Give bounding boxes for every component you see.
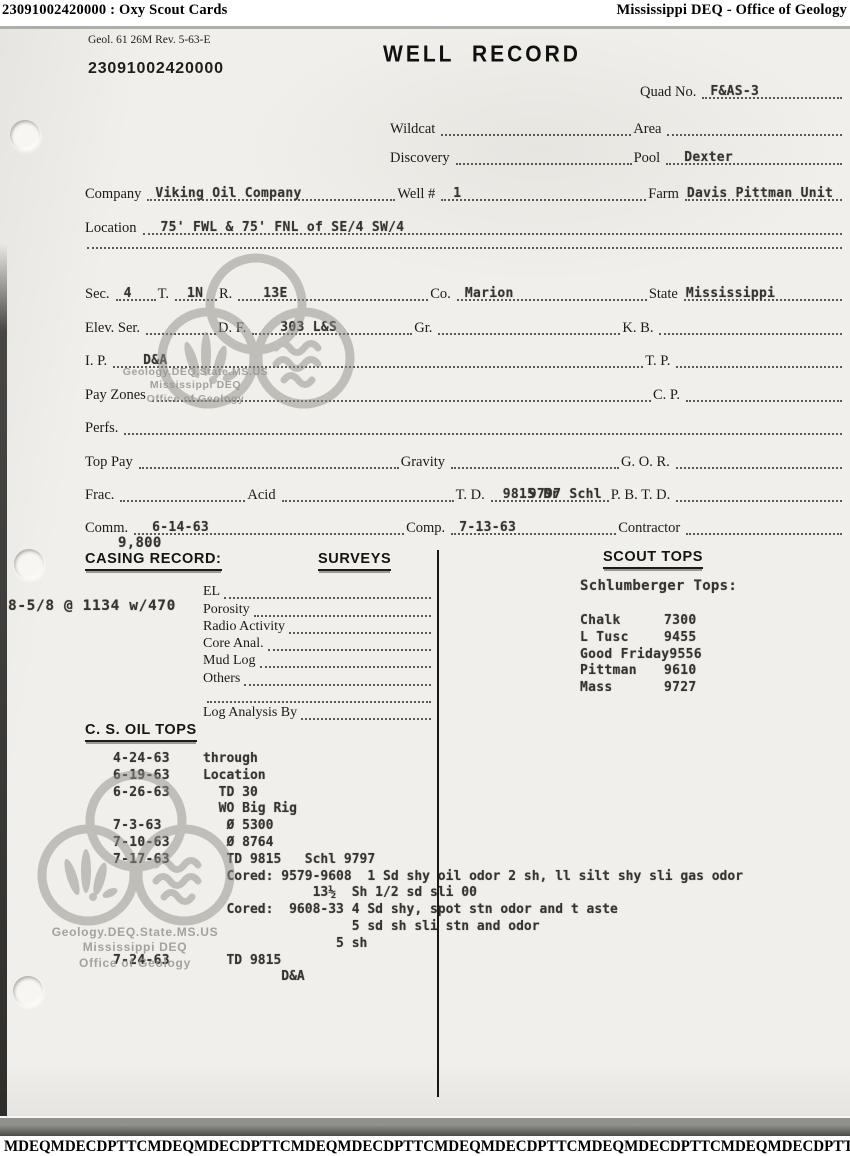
quad-label: Quad No.	[640, 85, 700, 100]
state-line: Mississippi	[684, 284, 842, 301]
footer-tag: MDEQ	[4, 1139, 51, 1156]
oil-tops-row: 7-24-63 TD 9815	[113, 953, 743, 970]
td-value: 9797 Schl	[529, 487, 602, 502]
footer-tag: PTTC	[394, 1139, 434, 1156]
footer-tag: PTTC	[251, 1139, 291, 1156]
top-name: Good Friday	[580, 647, 669, 664]
pool-label: Pool	[634, 151, 665, 166]
field-row-toppay-gravity-gor: Top Pay Gravity G. O. R.	[85, 451, 844, 469]
survey-item-log-analysis-by: Log Analysis By	[203, 703, 431, 720]
cp-label: C. P.	[653, 388, 684, 403]
survey-item-core-anal: Core Anal.	[203, 634, 431, 651]
df-line: 303 L&S	[252, 318, 412, 335]
survey-item-mud-log: Mud Log	[203, 651, 431, 668]
footer-tag: PTTC	[537, 1139, 577, 1156]
pbtd-line	[676, 485, 842, 502]
footer-tag: MDECD	[481, 1139, 538, 1156]
scanned-well-record-page: Geology.DEQ.State.MS.US Mississippi DEQ …	[0, 26, 850, 1116]
top-name: L Tusc	[580, 630, 664, 647]
survey-line	[207, 688, 431, 703]
field-row-ip-tp: I. P. D&A T. P.	[85, 350, 844, 368]
top-depth: 9455	[664, 630, 697, 647]
oil-tops-row: 7-17-63 TD 9815 Schl 9797	[113, 852, 743, 869]
entry-date: 6-26-63	[113, 785, 203, 802]
footer-tag: MDEQ	[147, 1139, 194, 1156]
watermark-url: Geology.DEQ.State.MS.US	[103, 366, 288, 379]
comm-line: 6-14-63	[134, 518, 404, 535]
county-line: Marion	[457, 284, 647, 301]
oil-tops-row: 4-24-63through	[113, 751, 743, 768]
survey-item-blank	[203, 686, 431, 703]
entry-date	[113, 902, 203, 919]
casing-margin-note: 8-5/8 @ 1134 w/470	[8, 598, 176, 614]
entry-date	[113, 801, 203, 818]
survey-label: Radio Activity	[203, 620, 289, 634]
contractor-line	[686, 518, 842, 535]
county-label: Co.	[430, 287, 455, 302]
frac-label: Frac.	[85, 488, 118, 503]
comm-value: 6-14-63	[152, 520, 209, 535]
casing-record-heading: CASING RECORD:	[85, 551, 222, 571]
cs-oil-tops-log: 4-24-63through 6-19-63Location 6-26-63 T…	[113, 751, 743, 986]
state-label: State	[649, 287, 682, 302]
df-label: D. F.	[218, 321, 250, 336]
entry-date: 7-3-63	[113, 818, 203, 835]
entry-date	[113, 969, 203, 986]
survey-line	[224, 584, 431, 599]
survey-item-el: EL	[203, 582, 431, 599]
oil-tops-row: 5 sd sh sli stn and odor	[113, 919, 743, 936]
well-number-value: 1	[453, 186, 461, 201]
company-value: Viking Oil Company	[155, 186, 301, 201]
township-label: T.	[158, 287, 173, 302]
gravity-line	[451, 452, 619, 469]
well-number-line: 1	[441, 184, 646, 201]
field-row-company-well-farm: Company Viking Oil Company Well # 1 Farm…	[85, 183, 844, 201]
footer-tag: MDECD	[51, 1139, 108, 1156]
surveys-heading: SURVEYS	[318, 551, 391, 571]
gr-label: Gr.	[414, 321, 436, 336]
oil-tops-row: Cored: 9608-33 4 Sd shy, spot stn odor a…	[113, 902, 743, 919]
top-name: Mass	[580, 680, 664, 697]
entry-text: TD 9815	[203, 953, 281, 970]
pool-line: Dexter	[666, 148, 842, 165]
kb-line	[659, 318, 842, 335]
field-row-discovery-pool: Discovery Pool Dexter	[390, 147, 844, 165]
footer-tag: PTTC	[681, 1139, 721, 1156]
entry-date: 7-10-63	[113, 835, 203, 852]
cp-line	[686, 385, 842, 402]
entry-date	[113, 885, 203, 902]
entry-text: Ø 8764	[203, 835, 273, 852]
column-divider-line	[437, 550, 439, 1097]
entry-text: TD 9815 Schl 9797	[203, 852, 375, 869]
survey-item-porosity: Porosity	[203, 599, 431, 616]
sec-line: 4	[116, 284, 156, 301]
entry-date: 6-19-63	[113, 768, 203, 785]
top-depth: 7300	[664, 613, 697, 630]
company-label: Company	[85, 187, 145, 202]
schlumberger-tops-subheading: Schlumberger Tops:	[580, 578, 737, 594]
footer-tag: MDECD	[767, 1139, 824, 1156]
footer-tag: MDECD	[337, 1139, 394, 1156]
entry-text: 13½ Sh 1/2 sd sli 00	[203, 885, 477, 902]
entry-text: D&A	[203, 969, 305, 986]
pool-value: Dexter	[684, 150, 733, 165]
form-title: WELL RECORD	[383, 42, 581, 68]
footer-tag: MDECD	[624, 1139, 681, 1156]
quad-value: F&AS-3	[710, 84, 759, 99]
hole-punch-middle	[14, 549, 44, 579]
elev-ser-label: Elev. Ser.	[85, 321, 144, 336]
scout-top-row: Chalk7300	[580, 613, 737, 630]
entry-text: TD 30	[203, 785, 258, 802]
footer-tag: MDEQ	[291, 1139, 338, 1156]
well-number-label: Well #	[397, 187, 439, 202]
company-line: Viking Oil Company	[147, 184, 395, 201]
field-row-payzones-cp: Pay Zones C. P.	[85, 384, 844, 402]
comp-line: 7-13-63	[451, 518, 616, 535]
township-value: 1N	[187, 286, 203, 301]
field-row-quad: Quad No. F&AS-3	[640, 81, 844, 99]
viewer-footer-bar: MDEQ MDECD PTTC MDEQ MDECD PTTC MDEQ MDE…	[0, 1136, 850, 1156]
perfs-line	[124, 418, 842, 435]
surveys-list: EL Porosity Radio Activity Core Anal. Mu…	[203, 582, 431, 720]
wildcat-label: Wildcat	[390, 122, 439, 137]
field-row-frac-acid-td-pbtd: Frac. Acid T. D. 9815 Dr 9797 Schl P. B.…	[85, 484, 844, 502]
entry-text: 5 sh	[203, 936, 367, 953]
gravity-label: Gravity	[401, 455, 449, 470]
entry-date	[113, 869, 203, 886]
agency-title: Mississippi DEQ - Office of Geology	[616, 2, 847, 19]
survey-item-others: Others	[203, 668, 431, 685]
survey-label: Mud Log	[203, 654, 260, 668]
county-value: Marion	[465, 286, 514, 301]
entry-text: Location	[203, 768, 266, 785]
scout-top-row: Mass9727	[580, 680, 737, 697]
top-pay-line	[139, 452, 399, 469]
footer-tag: MDEQ	[577, 1139, 624, 1156]
td-label: T. D.	[456, 488, 489, 503]
entry-date: 7-17-63	[113, 852, 203, 869]
survey-line	[244, 671, 431, 686]
scan-bottom-edge	[0, 1116, 850, 1136]
field-row-perfs: Perfs.	[85, 417, 844, 435]
contractor-label: Contractor	[618, 521, 684, 536]
comm-label: Comm.	[85, 521, 132, 536]
survey-line	[268, 636, 431, 651]
area-line	[667, 119, 842, 136]
survey-line	[289, 619, 431, 634]
schlumberger-tops-block: Schlumberger Tops: Chalk7300 L Tusc9455 …	[580, 578, 737, 697]
survey-line	[254, 602, 431, 617]
oil-tops-row: D&A	[113, 969, 743, 986]
scout-top-row: Good Friday9556	[580, 647, 737, 664]
top-name: Pittman	[580, 663, 664, 680]
tp-label: T. P.	[645, 354, 674, 369]
pay-zones-line	[152, 385, 651, 402]
survey-line	[260, 653, 432, 668]
sec-label: Sec.	[85, 287, 114, 302]
range-label: R.	[219, 287, 236, 302]
cs-oil-tops-heading: C. S. OIL TOPS	[85, 722, 197, 742]
field-row-elev-df-gr-kb: Elev. Ser. D. F. 303 L&S Gr. K. B.	[85, 317, 844, 335]
top-depth: 9727	[664, 680, 697, 697]
footer-tag: MDEQ	[434, 1139, 481, 1156]
state-value: Mississippi	[686, 286, 775, 301]
wildcat-line	[441, 119, 631, 136]
blank-line	[87, 232, 842, 249]
kb-label: K. B.	[622, 321, 657, 336]
form-revision-note: Geol. 61 26M Rev. 5-63-E	[88, 34, 211, 46]
oil-tops-row: Cored: 9579-9608 1 Sd shy oil odor 2 sh,…	[113, 869, 743, 886]
api-well-number: 23091002420000	[88, 60, 224, 78]
gr-line	[438, 318, 620, 335]
survey-label: EL	[203, 585, 224, 599]
entry-date	[113, 936, 203, 953]
entry-date: 4-24-63	[113, 751, 203, 768]
discovery-line	[456, 148, 632, 165]
ip-line: D&A	[113, 351, 643, 368]
top-pay-label: Top Pay	[85, 455, 137, 470]
hole-punch-top	[10, 120, 40, 150]
acid-label: Acid	[247, 488, 279, 503]
ip-label: I. P.	[85, 354, 111, 369]
document-id-title: 23091002420000 : Oxy Scout Cards	[2, 2, 228, 19]
entry-text: 5 sd sh sli stn and odor	[203, 919, 540, 936]
perfs-label: Perfs.	[85, 421, 122, 436]
footer-tag: PTTC	[824, 1139, 850, 1156]
range-value: 13E	[263, 286, 287, 301]
survey-label: Log Analysis By	[203, 706, 301, 720]
entry-text: Ø 5300	[203, 818, 273, 835]
entry-date	[113, 919, 203, 936]
top-name: Chalk	[580, 613, 664, 630]
footer-tag: PTTC	[107, 1139, 147, 1156]
oil-tops-row: 7-3-63 Ø 5300	[113, 818, 743, 835]
viewer-top-bar: 23091002420000 : Oxy Scout Cards Mississ…	[0, 0, 850, 26]
township-line: 1N	[175, 284, 217, 301]
field-row-sec-t-r-co-state: Sec. 4 T. 1N R. 13E Co. Marion State Mis…	[85, 283, 844, 301]
td-line: 9815 Dr 9797 Schl	[491, 485, 609, 502]
comp-value: 7-13-63	[459, 520, 516, 535]
frac-line	[120, 485, 245, 502]
oil-tops-row: 7-10-63 Ø 8764	[113, 835, 743, 852]
acid-line	[282, 485, 454, 502]
df-value: 303 L&S	[280, 320, 337, 335]
oil-tops-row: 6-19-63Location	[113, 768, 743, 785]
discovery-label: Discovery	[390, 151, 454, 166]
survey-line	[301, 705, 431, 720]
footer-tag: MDECD	[194, 1139, 251, 1156]
hole-punch-bottom	[13, 976, 43, 1006]
oil-tops-row: 5 sh	[113, 936, 743, 953]
scout-tops-heading: SCOUT TOPS	[603, 549, 703, 569]
oil-tops-row: 6-26-63 TD 30	[113, 785, 743, 802]
footer-tag: MDEQ	[721, 1139, 768, 1156]
scout-tops-table: Chalk7300 L Tusc9455 Good Friday9556 Pit…	[580, 613, 737, 697]
top-depth: 9610	[664, 663, 697, 680]
casing-depth-note: 9,800	[118, 535, 162, 551]
scout-top-row: L Tusc9455	[580, 630, 737, 647]
gor-label: G. O. R.	[621, 455, 674, 470]
survey-label: Core Anal.	[203, 637, 268, 651]
pay-zones-label: Pay Zones	[85, 388, 150, 403]
farm-value: Davis Pittman Unit	[687, 186, 833, 201]
oil-tops-row: 13½ Sh 1/2 sd sli 00	[113, 885, 743, 902]
area-label: Area	[633, 122, 665, 137]
range-line: 13E	[238, 284, 428, 301]
entry-text: Cored: 9579-9608 1 Sd shy oil odor 2 sh,…	[203, 869, 743, 886]
farm-line: Davis Pittman Unit	[685, 184, 842, 201]
top-depth: 9556	[669, 647, 702, 664]
quad-line: F&AS-3	[702, 82, 842, 99]
survey-label: Others	[203, 672, 244, 686]
sec-value: 4	[124, 286, 132, 301]
gor-line	[676, 452, 842, 469]
survey-item-radio-activity: Radio Activity	[203, 617, 431, 634]
elev-ser-line	[146, 318, 216, 335]
ip-value: D&A	[143, 353, 167, 368]
oil-tops-row: WO Big Rig	[113, 801, 743, 818]
pbtd-label: P. B. T. D.	[611, 488, 675, 503]
field-row-wildcat-area: Wildcat Area	[390, 118, 844, 136]
scout-top-row: Pittman9610	[580, 663, 737, 680]
entry-date: 7-24-63	[113, 953, 203, 970]
entry-text: through	[203, 751, 258, 768]
tp-line	[676, 351, 842, 368]
farm-label: Farm	[648, 187, 683, 202]
survey-label: Porosity	[203, 603, 254, 617]
entry-text: Cored: 9608-33 4 Sd shy, spot stn odor a…	[203, 902, 618, 919]
entry-text: WO Big Rig	[203, 801, 297, 818]
field-row-comm-comp-contractor: Comm. 6-14-63 Comp. 7-13-63 Contractor	[85, 517, 844, 535]
separator-dotted-line	[85, 231, 844, 249]
scan-left-edge-shadow	[0, 244, 7, 1116]
comp-label: Comp.	[406, 521, 449, 536]
